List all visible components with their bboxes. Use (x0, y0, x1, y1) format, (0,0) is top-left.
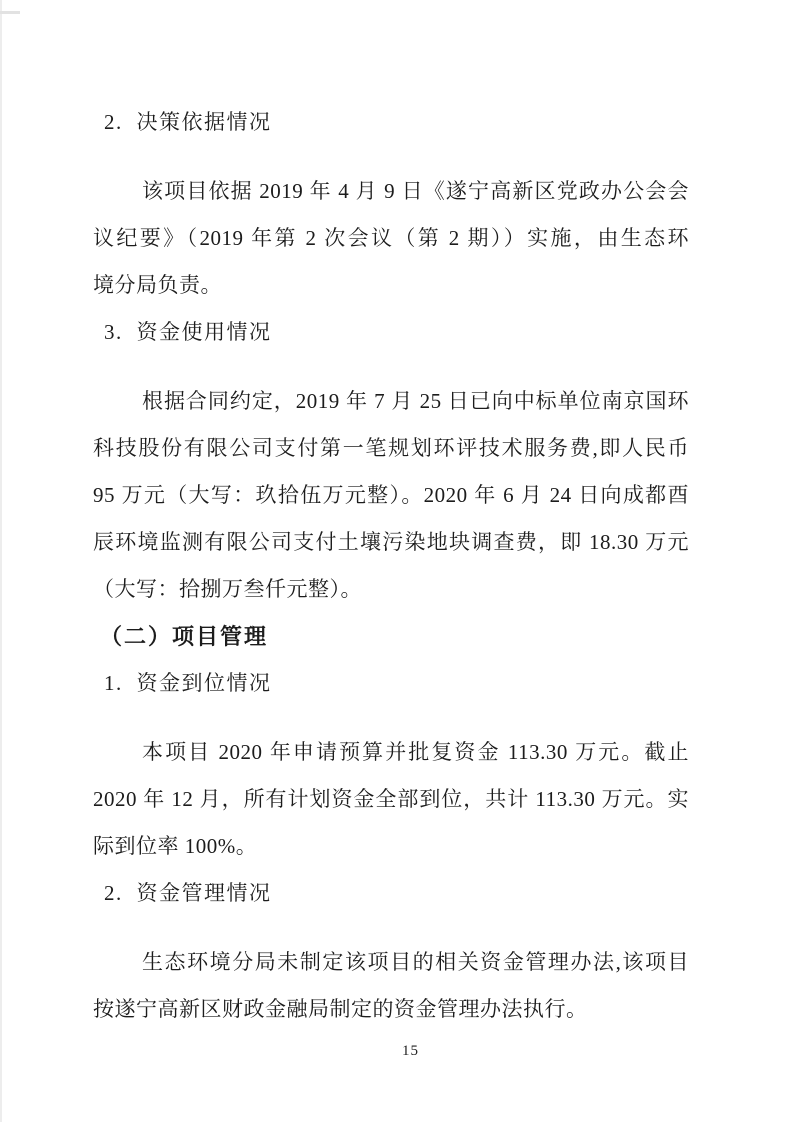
heading-decision-basis: 2. 决策依据情况 (93, 99, 689, 146)
text-line: 95 万元（大写：玖拾伍万元整）。2020 年 6 月 24 日向成都酉 (93, 472, 689, 519)
document-page: 2. 决策依据情况 该项目依据 2019 年 4 月 9 日《遂宁高新区党政办公… (0, 0, 793, 1122)
heading-project-management: （二）项目管理 (93, 613, 689, 660)
text-line: 科技股份有限公司支付第一笔规划环评技术服务费,即人民币 (93, 425, 689, 472)
paragraph-fund-arrival: 本项目 2020 年申请预算并批复资金 113.30 万元。截止 2020 年 … (93, 729, 689, 870)
text-line: 生态环境分局未制定该项目的相关资金管理办法,该项目 (93, 939, 689, 986)
text-line: 按遂宁高新区财政金融局制定的资金管理办法执行。 (93, 986, 689, 1033)
text-line: 根据合同约定，2019 年 7 月 25 日已向中标单位南京国环 (93, 378, 689, 425)
page-number: 15 (14, 1041, 793, 1061)
text-line: （大写：拾捌万叁仟元整）。 (93, 566, 689, 613)
heading-fund-arrival: 1. 资金到位情况 (93, 660, 689, 707)
scan-mark-artifact (0, 11, 20, 14)
text-line: 际到位率 100%。 (93, 823, 689, 870)
text-line: 2020 年 12 月，所有计划资金全部到位，共计 113.30 万元。实 (93, 776, 689, 823)
paragraph-decision-basis: 该项目依据 2019 年 4 月 9 日《遂宁高新区党政办公会会 议纪要》（20… (93, 168, 689, 309)
heading-fund-management: 2. 资金管理情况 (93, 870, 689, 917)
paragraph-fund-management: 生态环境分局未制定该项目的相关资金管理办法,该项目 按遂宁高新区财政金融局制定的… (93, 939, 689, 1033)
paragraph-fund-usage: 根据合同约定，2019 年 7 月 25 日已向中标单位南京国环 科技股份有限公… (93, 378, 689, 613)
text-line: 本项目 2020 年申请预算并批复资金 113.30 万元。截止 (93, 729, 689, 776)
text-line: 该项目依据 2019 年 4 月 9 日《遂宁高新区党政办公会会 (93, 168, 689, 215)
text-line: 境分局负责。 (93, 262, 689, 309)
heading-fund-usage: 3. 资金使用情况 (93, 309, 689, 356)
text-line: 辰环境监测有限公司支付土壤污染地块调查费，即 18.30 万元 (93, 519, 689, 566)
text-line: 议纪要》（2019 年第 2 次会议（第 2 期））实施，由生态环 (93, 215, 689, 262)
scan-edge-artifact (0, 0, 2, 1122)
